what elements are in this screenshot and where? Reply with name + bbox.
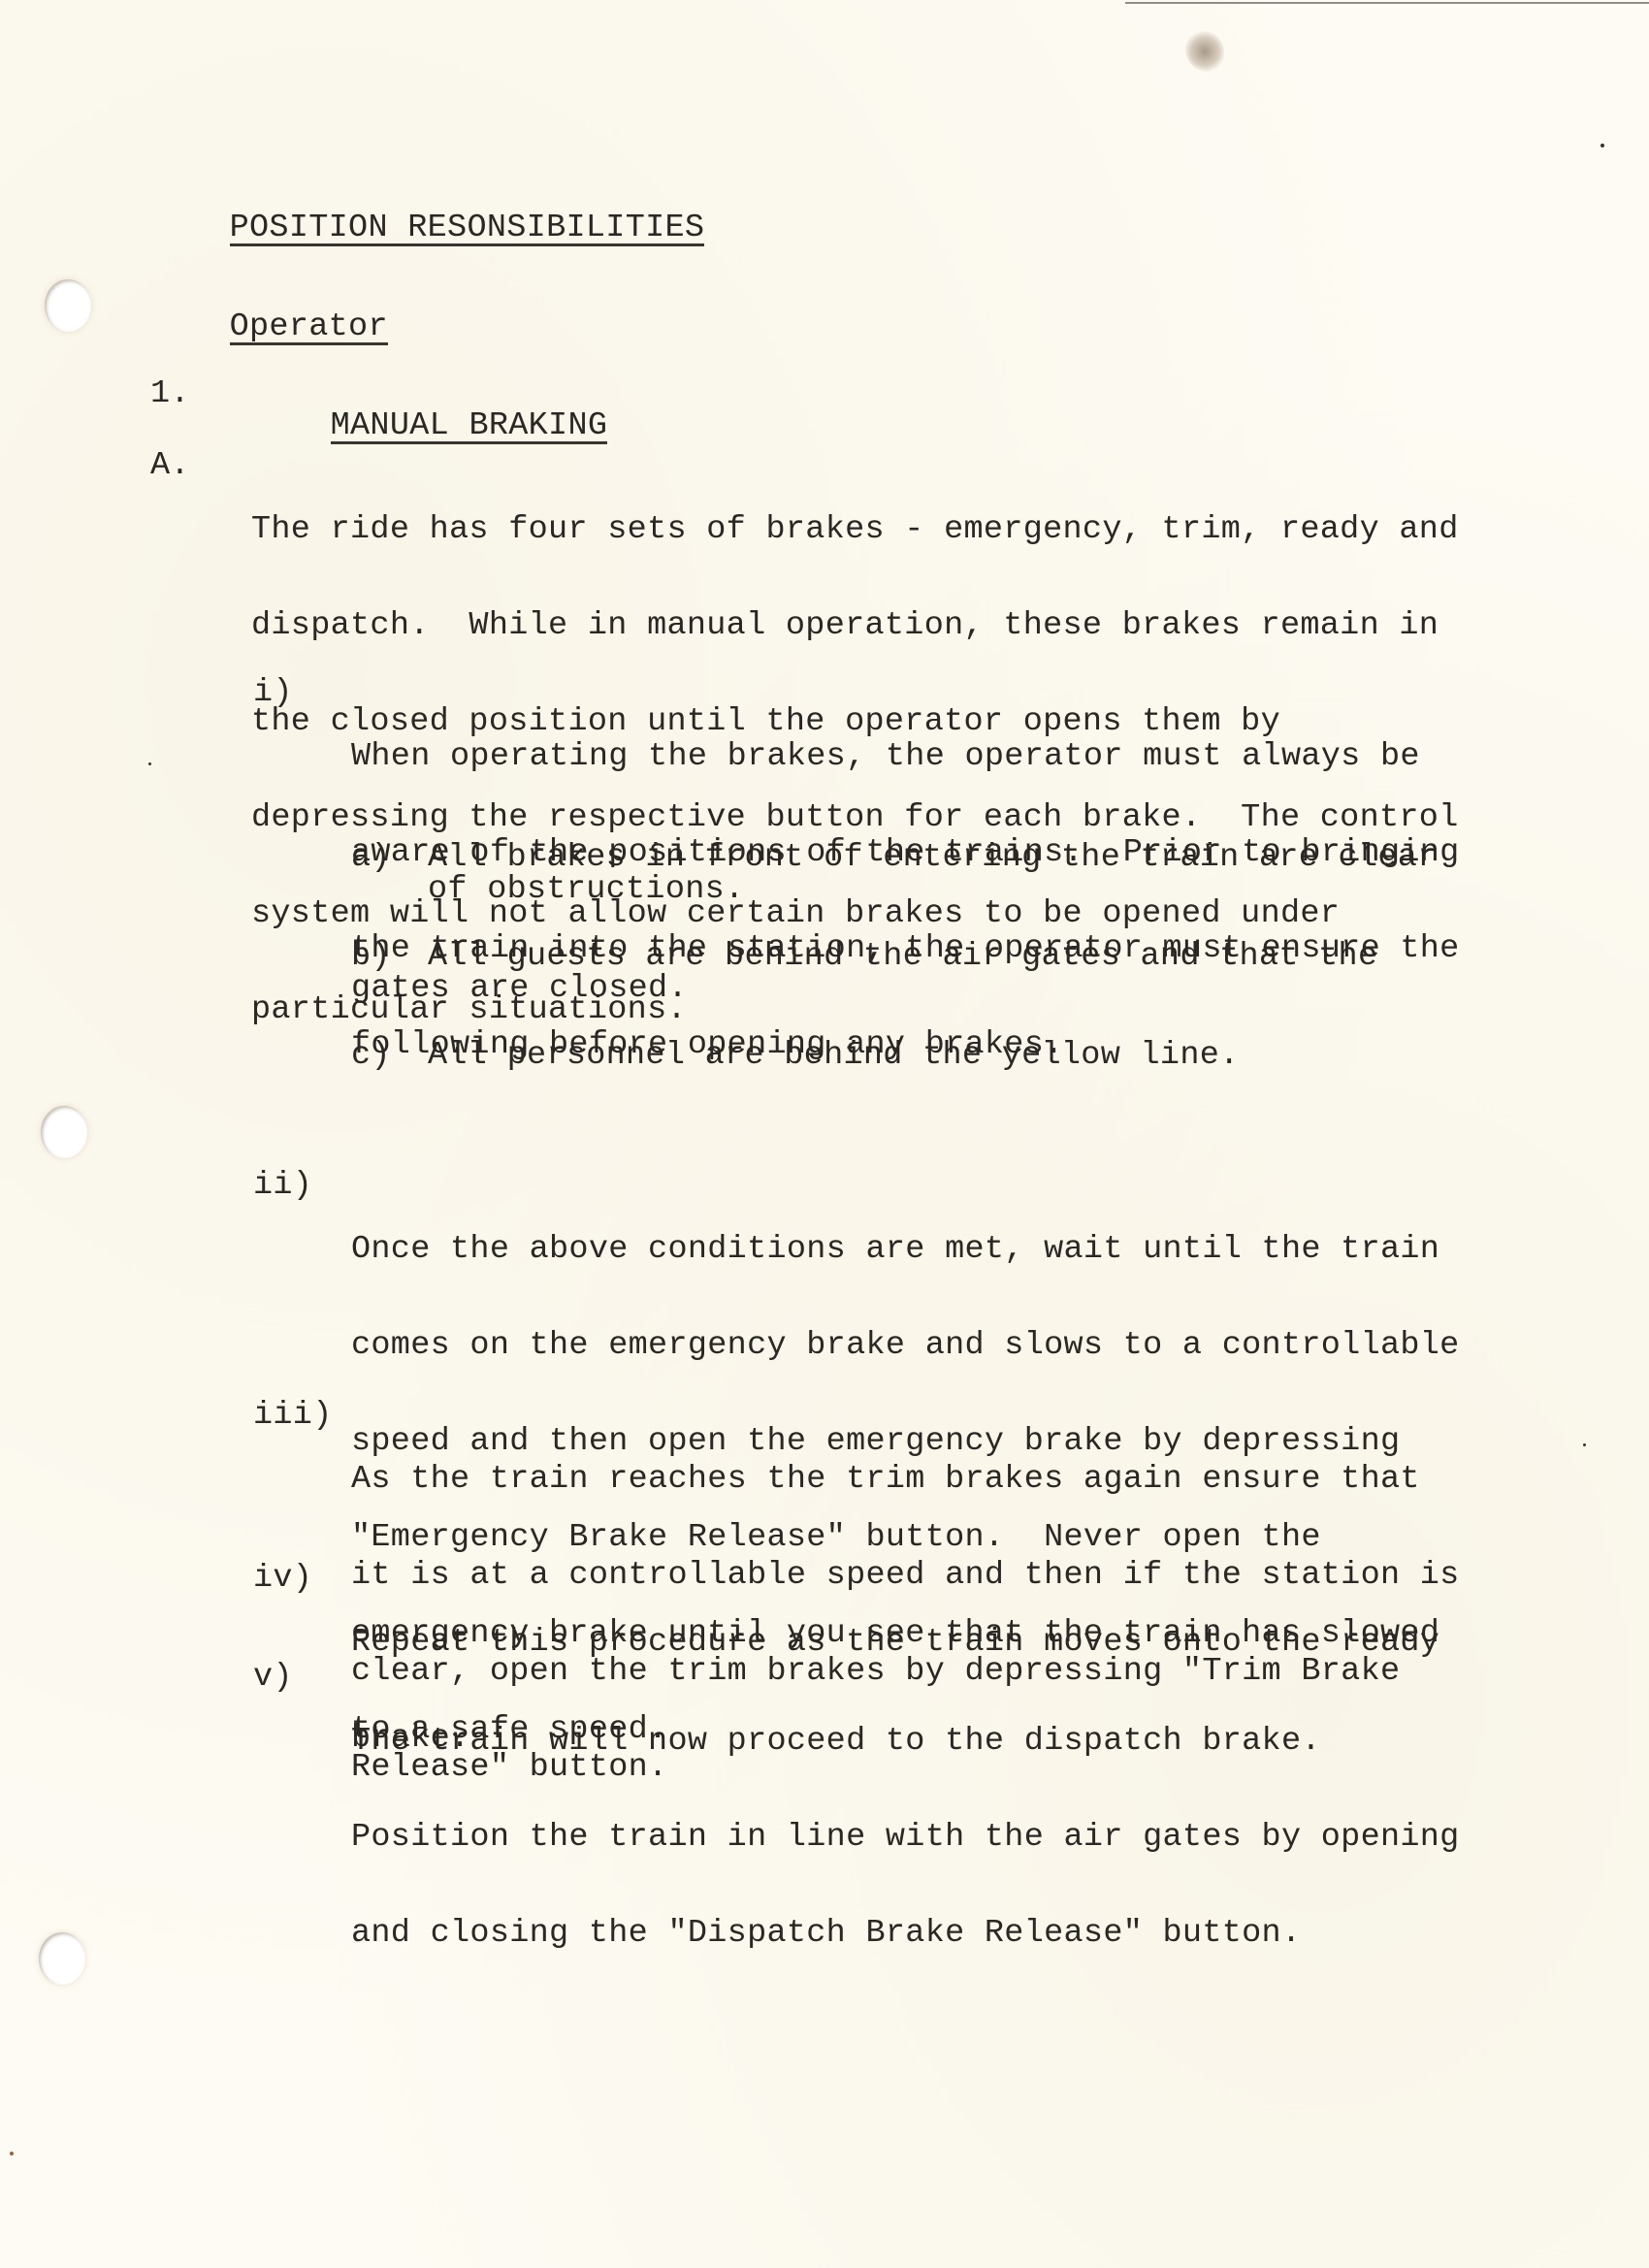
text-line: Position the train in line with the air … — [351, 1822, 1460, 1854]
step-iii-label: iii) — [253, 1400, 333, 1432]
condition-a-line-2: of obstructions. — [428, 874, 744, 906]
section-title-text: MANUAL BRAKING — [331, 411, 608, 444]
punch-hole-bottom — [39, 1932, 85, 1985]
speck — [1583, 1443, 1586, 1446]
stain-mark — [1185, 31, 1224, 72]
condition-c-label: c) — [351, 1040, 391, 1072]
speck — [10, 2152, 14, 2155]
condition-b-line-1: All guests are behind the air gates and … — [428, 941, 1377, 973]
step-i-label: i) — [253, 677, 293, 709]
text-line: and closing the "Dispatch Brake Release"… — [351, 1918, 1460, 1950]
scanned-page: POSITION RESONSIBILITIES Operator 1. MAN… — [0, 0, 1649, 2268]
text-line: Once the above conditions are met, wait … — [351, 1234, 1460, 1266]
document-title: POSITION RESONSIBILITIES — [150, 180, 704, 278]
condition-b-label: b) — [351, 941, 391, 973]
document-title-text: POSITION RESONSIBILITIES — [230, 213, 705, 246]
role-heading-text: Operator — [230, 312, 388, 345]
text-line: When operating the brakes, the operator … — [351, 741, 1460, 773]
step-v-body: The train will now proceed to the dispat… — [351, 1662, 1460, 2014]
punch-hole-middle — [41, 1106, 87, 1158]
text-line: The train will now proceed to the dispat… — [351, 1726, 1460, 1758]
condition-a-label: a) — [351, 842, 391, 874]
condition-c-line-1: All personnel are behind the yellow line… — [428, 1040, 1240, 1072]
text-line: The ride has four sets of brakes - emerg… — [251, 514, 1459, 546]
step-v-label: v) — [253, 1662, 293, 1694]
text-line: comes on the emergency brake and slows t… — [351, 1330, 1460, 1362]
step-ii-label: ii) — [253, 1170, 312, 1202]
text-line: dispatch. While in manual operation, the… — [251, 610, 1459, 642]
section-number: 1. — [150, 378, 190, 410]
role-heading: Operator — [150, 279, 388, 377]
text-line: Repeat this procedure as the train moves… — [351, 1627, 1439, 1659]
speck — [148, 762, 151, 765]
condition-b-line-2: gates are closed. — [351, 973, 688, 1005]
step-iv-label: iv) — [253, 1563, 312, 1595]
condition-a-line-1: All brakes in front of entering the trai… — [428, 842, 1438, 874]
text-line: As the train reaches the trim brakes aga… — [351, 1464, 1460, 1496]
scan-edge-line — [1125, 2, 1649, 4]
paragraph-a-label: A. — [150, 450, 190, 482]
speck — [1600, 144, 1604, 147]
punch-hole-top — [45, 279, 91, 332]
